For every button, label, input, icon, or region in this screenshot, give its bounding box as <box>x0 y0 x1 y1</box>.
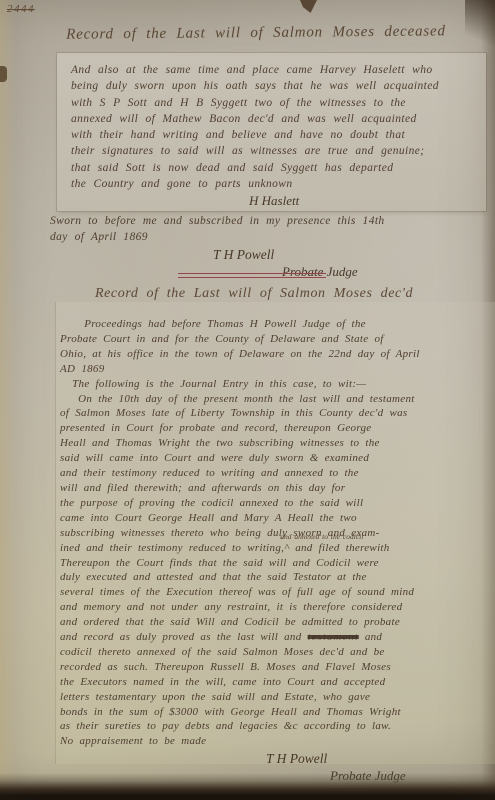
top-edge-dark-notch <box>300 0 317 13</box>
handwritten-line: and their testimony reduced to writing a… <box>60 466 490 481</box>
jurat-lines: Sworn to before me and subscribed in my … <box>50 213 480 245</box>
judge-signature-bottom: T H Powell <box>266 751 490 767</box>
handwritten-line: presented in Court for probate and recor… <box>60 421 490 436</box>
handwritten-line: No appraisement to be made <box>60 734 490 749</box>
struck-out-word: testament <box>308 631 359 643</box>
handwritten-line: with S P Sott and H B Syggett two of the… <box>71 95 478 111</box>
handwritten-line: duly executed and attested and that the … <box>60 570 490 585</box>
journal-lines-a: Proceedings had before Thomas H Powell J… <box>60 317 490 541</box>
red-double-rule-divider <box>178 273 326 278</box>
handwritten-line: with their hand writing and believe and … <box>71 127 478 143</box>
handwritten-line: the Country and gone to parts unknown <box>71 176 478 192</box>
journal-lines-c: codicil thereto annexed of the said Salm… <box>60 645 490 749</box>
handwritten-line: came into Court George Heall and Mary A … <box>60 511 490 526</box>
left-edge-ink-mark <box>0 66 7 82</box>
handwritten-line: On the 10th day of the present month the… <box>60 392 490 407</box>
handwritten-line: the Executors named in the will, came in… <box>60 675 490 690</box>
handwritten-line: day of April 1869 <box>50 229 480 245</box>
struck-line-before: and record as duly proved as the last wi… <box>60 631 308 643</box>
handwritten-line: recorded as such. Thereupon Russell B. M… <box>60 660 490 675</box>
section1-paragraph: And also at the same time and place came… <box>71 62 478 192</box>
handwritten-line: codicil thereto annexed of the said Salm… <box>60 645 490 660</box>
section1-heading: Record of the Last will of Salmon Moses … <box>40 23 472 44</box>
handwritten-line: Thereupon the Court finds that the said … <box>60 556 490 571</box>
handwritten-line: subscribing witnesses thereto who being … <box>60 526 490 541</box>
interlineation-before: ined and their testimony reduced to writ… <box>60 542 284 554</box>
handwritten-line: annexed will of Mathew Bacon dec'd and w… <box>71 111 478 127</box>
page-left-edge <box>0 0 16 800</box>
handwritten-line: bonds in the sum of $3000 with George He… <box>60 705 490 720</box>
handwritten-line: as their sureties to pay debts and legac… <box>60 719 490 734</box>
handwritten-line: and ordered that the said Will and Codic… <box>60 615 490 630</box>
section1-jurat: Sworn to before me and subscribed in my … <box>50 213 480 280</box>
interlineation-line: ined and their testimony reduced to writ… <box>60 541 490 556</box>
struck-word-line: and record as duly proved as the last wi… <box>60 630 490 645</box>
handwritten-line: Proceedings had before Thomas H Powell J… <box>60 317 490 332</box>
struck-line-after: and <box>359 631 382 643</box>
handwritten-line: will and filed therewith; and afterwards… <box>60 481 490 496</box>
section2-journal-entry: Proceedings had before Thomas H Powell J… <box>60 317 490 784</box>
handwritten-line: Sworn to before me and subscribed in my … <box>50 213 480 229</box>
handwritten-line: and memory and not under any restraint, … <box>60 600 490 615</box>
section2-heading: Record of the Last will of Salmon Moses … <box>58 286 450 302</box>
judge-signature: T H Powell <box>213 247 480 263</box>
handwritten-line: being duly sworn upon his oath says that… <box>71 78 478 94</box>
page-number: 2444 <box>7 3 35 15</box>
handwritten-line: of Salmon Moses late of Liberty Township… <box>60 406 490 421</box>
journal-lines-b: Thereupon the Court finds that the said … <box>60 556 490 631</box>
handwritten-line: said will came into Court and were duly … <box>60 451 490 466</box>
photo-bottom-dark-band <box>0 773 495 800</box>
witness-signature: H Haslett <box>249 193 478 209</box>
handwritten-line: that said Sott is now dead and said Sygg… <box>71 160 478 176</box>
interlineation: and annexed to the codicil^ <box>284 542 289 554</box>
inserted-text-above-line: and annexed to the codicil <box>280 530 363 545</box>
handwritten-line: And also at the same time and place came… <box>71 62 478 78</box>
handwritten-line: Heall and Thomas Wright the two subscrib… <box>60 436 490 451</box>
handwritten-line: Ohio, at his office in the town of Delaw… <box>60 347 490 362</box>
handwritten-line: letters testamentary upon the said will … <box>60 690 490 705</box>
handwritten-line: the purpose of proving the codicil annex… <box>60 496 490 511</box>
handwritten-line: several times of the Execution thereof w… <box>60 585 490 600</box>
section1-testimony-slip: And also at the same time and place came… <box>57 53 486 211</box>
handwritten-line: AD 1869 <box>60 362 490 377</box>
handwritten-line: Probate Court in and for the County of D… <box>60 332 490 347</box>
ledger-page-photo: 2444 Record of the Last will of Salmon M… <box>0 0 495 800</box>
handwritten-line: The following is the Journal Entry in th… <box>60 377 490 392</box>
handwritten-line: their signatures to said will as witness… <box>71 143 478 159</box>
